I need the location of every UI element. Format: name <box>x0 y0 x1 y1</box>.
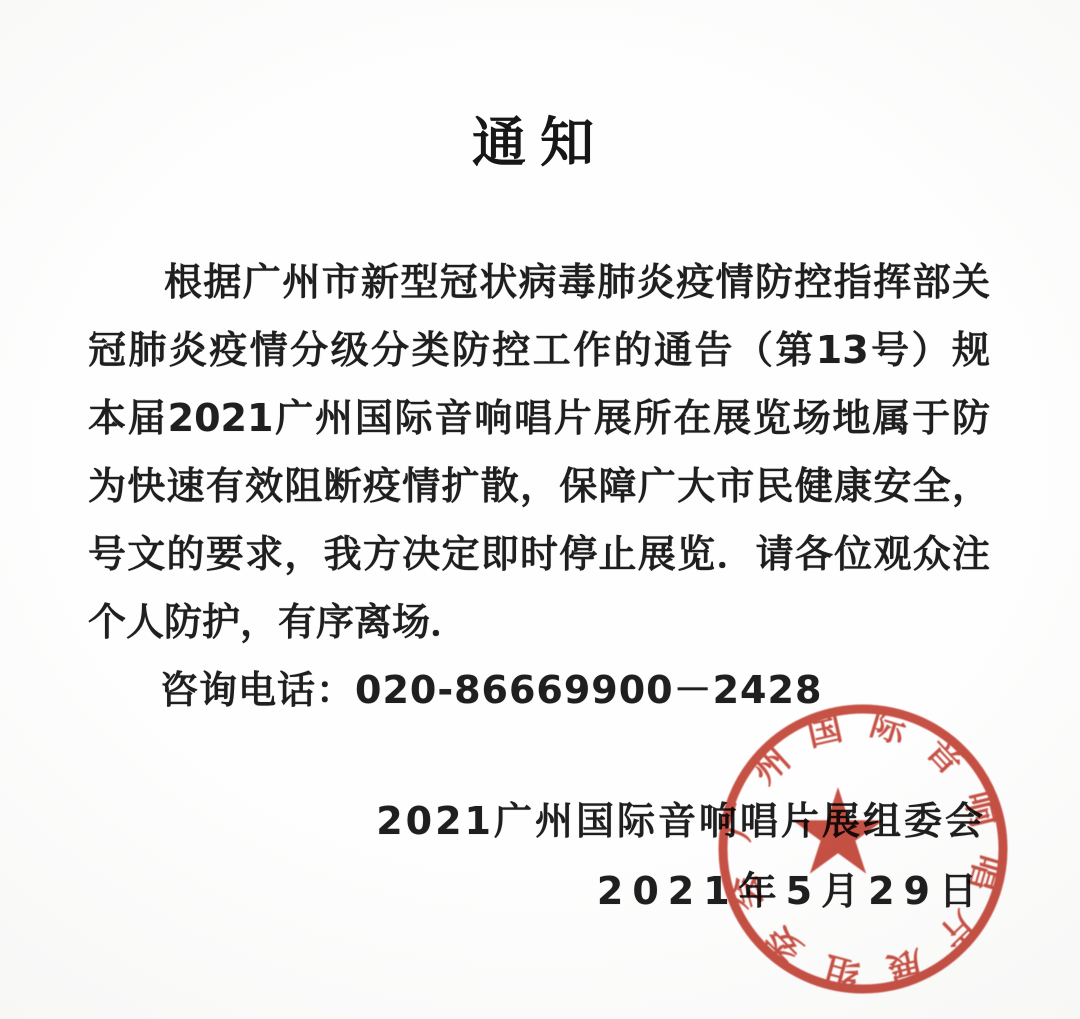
notice-title: 通知 <box>0 100 1080 177</box>
seal-border-circle <box>723 709 1003 989</box>
notice-body: 根据广州市新型冠状病毒肺炎疫情防控指挥部关于新 冠肺炎疫情分级分类防控工作的通告… <box>88 248 990 724</box>
seal-ring-text: 广州国际音响唱片展组委会 <box>717 703 1008 995</box>
seal-ring-text-holder: 广州国际音响唱片展组委会 <box>717 703 1008 995</box>
contact-phone-line: 咨询电话：020-86669900－2428 <box>88 656 990 724</box>
body-line: 为快速有效阻断疫情扩散，保障广大市民健康安全，根据13 <box>88 452 990 520</box>
date-line: 2021年5月29日 <box>597 860 986 915</box>
body-line: 本届2021广州国际音响唱片展所在展览场地属于防控区域， <box>88 384 990 452</box>
signature-line: 2021广州国际音响唱片展组委会 <box>376 790 986 845</box>
body-line: 号文的要求，我方决定即时停止展览．请各位观众注意做好 <box>88 520 990 588</box>
notice-document: 通知 根据广州市新型冠状病毒肺炎疫情防控指挥部关于新 冠肺炎疫情分级分类防控工作… <box>0 0 1080 1019</box>
body-line: 个人防护，有序离场． <box>88 588 990 656</box>
body-line: 根据广州市新型冠状病毒肺炎疫情防控指挥部关于新 <box>88 248 990 316</box>
body-line: 冠肺炎疫情分级分类防控工作的通告（第13号）规定，因 <box>88 316 990 384</box>
official-seal: 广州国际音响唱片展组委会 <box>714 700 1012 998</box>
